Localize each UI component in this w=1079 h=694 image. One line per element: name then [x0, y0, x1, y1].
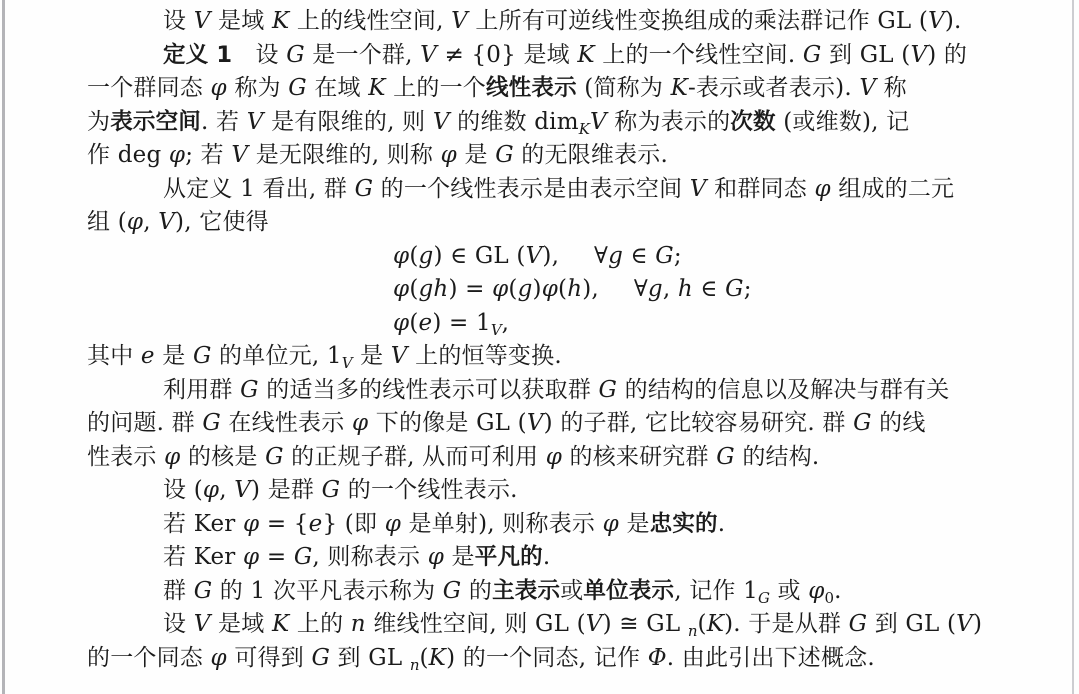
text-run: ) 是群 — [251, 477, 322, 503]
text-run: . 由此引出下述概念. — [667, 645, 875, 671]
text-run: . — [543, 544, 551, 570]
math-var: V — [420, 42, 437, 68]
math-var: φ — [814, 176, 830, 202]
text-run: 是域 — [211, 611, 272, 637]
math-var: V — [690, 176, 707, 202]
math-var: V — [234, 477, 251, 503]
text-run: 设 — [232, 42, 286, 68]
math-subscript: K — [579, 120, 590, 138]
text-run: 是一个群, — [305, 42, 420, 68]
text-run: ( — [508, 276, 517, 302]
equation-line: φ(g) ∈ GL (V), ∀g ∈ G; — [87, 240, 1027, 274]
math-var: V — [433, 109, 450, 135]
math-var: φ — [211, 75, 227, 101]
math-var: φ — [127, 209, 143, 235]
math-subscript: 0 — [825, 589, 835, 607]
math-var: G — [322, 477, 341, 503]
bold-term: 单位表示 — [583, 578, 674, 604]
text-run: 上的恒等变换. — [408, 343, 562, 369]
text-run: 的 — [461, 578, 492, 604]
text-run: 的维数 dim — [450, 109, 579, 135]
math-var: φ — [243, 544, 259, 570]
text-run: 的一个线性表示是由表示空间 — [373, 176, 690, 202]
text-run: ( — [409, 243, 418, 269]
math-var: G — [194, 578, 213, 604]
math-var: V — [526, 243, 543, 269]
math-var: e — [419, 310, 433, 336]
math-var: φ — [352, 410, 368, 436]
text-line: 群 G 的 1 次平凡表示称为 G 的主表示或单位表示, 记作 1G 或 φ0. — [87, 575, 1027, 609]
math-var: φ — [211, 645, 227, 671]
text-run: 是 — [444, 544, 475, 570]
text-run: 的结构的信息以及解决与群有关 — [617, 377, 949, 403]
equation-line: φ(gh) = φ(g)φ(h), ∀g, h ∈ G; — [87, 273, 1027, 307]
math-subscript: V — [342, 354, 353, 372]
math-var: K — [707, 611, 724, 637]
text-run: 可得到 — [227, 645, 312, 671]
text-line: 设 V 是域 K 上的 n 维线性空间, 则 GL (V) ≅ GL n(K).… — [87, 608, 1027, 642]
text-run: 到 GL ( — [821, 42, 910, 68]
text-run: 是域 — [211, 8, 272, 34]
text-run: ) 的一个同态, 记作 — [446, 645, 648, 671]
text-run: 是 — [353, 343, 391, 369]
text-run: 到 GL — [330, 645, 410, 671]
text-run: ( — [409, 276, 418, 302]
math-var: φ — [542, 276, 558, 302]
bold-term: 表示空间 — [110, 109, 201, 135]
text-run: 设 — [163, 611, 194, 637]
text-line: 若 Ker φ = G, 则称表示 φ 是平凡的. — [87, 541, 1027, 575]
math-var: K — [671, 75, 688, 101]
math-var: K — [577, 42, 594, 68]
text-line: 性表示 φ 的核是 G 的正规子群, 从而可利用 φ 的核来研究群 G 的结构. — [87, 441, 1027, 475]
text-run: ≠ {0} 是域 — [437, 42, 577, 68]
text-run: ( — [558, 276, 567, 302]
math-var: G — [655, 243, 674, 269]
math-var: h — [678, 276, 693, 302]
math-var: φ — [164, 444, 180, 470]
math-var: h — [567, 276, 582, 302]
text-run: ( — [698, 611, 707, 637]
math-var: G — [716, 444, 735, 470]
text-run: ∈ — [623, 243, 655, 269]
text-run: ) = — [448, 276, 492, 302]
math-var: g — [419, 243, 434, 269]
math-var: G — [725, 276, 744, 302]
math-var: V — [231, 142, 248, 168]
text-run: 的 1 次平凡表示称为 — [212, 578, 442, 604]
math-var: G — [193, 343, 212, 369]
text-run: , — [663, 276, 678, 302]
text-run: ; — [744, 276, 752, 302]
text-run: , 则称表示 — [312, 544, 427, 570]
math-var: G — [849, 611, 868, 637]
text-run: 若 Ker — [163, 511, 243, 537]
text-run: 组成的二元 — [831, 176, 955, 202]
text-run: 一个群同态 — [87, 75, 211, 101]
text-run: 为 — [87, 109, 110, 135]
text-run: 的线 — [872, 410, 926, 436]
math-var: G — [202, 410, 221, 436]
math-var: V — [956, 611, 973, 637]
math-var: e — [141, 343, 155, 369]
math-var: K — [272, 8, 289, 34]
math-var: G — [495, 142, 514, 168]
text-run: 的核是 — [180, 444, 265, 470]
math-var: φ — [169, 142, 185, 168]
text-line: 的一个同态 φ 可得到 G 到 GL n(K) 的一个同态, 记作 Φ. 由此引… — [87, 642, 1027, 676]
text-line: 作 deg φ; 若 V 是无限维的, 则称 φ 是 G 的无限维表示. — [87, 139, 1027, 173]
bold-term: 定义 1 — [163, 42, 232, 68]
text-run: , — [143, 209, 158, 235]
text-column: 设 V 是域 K 上的线性空间, V 上所有可逆线性变换组成的乘法群记作 GL … — [87, 5, 1027, 675]
text-run: 的问题. 群 — [87, 410, 202, 436]
text-run: 的适当多的线性表示可以获取群 — [259, 377, 599, 403]
text-run: . — [834, 578, 842, 604]
text-run: 维线性空间, 则 GL ( — [366, 611, 586, 637]
text-run: 上的一个 — [386, 75, 486, 101]
text-run: ) 的 — [927, 42, 967, 68]
text-run: 的正规子群, 从而可利用 — [284, 444, 546, 470]
text-run: 是 — [619, 511, 650, 537]
math-var: e — [309, 511, 323, 537]
text-run: 或 — [770, 578, 808, 604]
text-run: -表示或者表示). — [688, 75, 859, 101]
math-var: φ — [393, 310, 409, 336]
book-page: 设 V 是域 K 上的线性空间, V 上所有可逆线性变换组成的乘法群记作 GL … — [0, 0, 1079, 694]
math-subscript: V — [491, 321, 502, 339]
text-run: 到 GL ( — [867, 611, 956, 637]
math-var: K — [429, 645, 446, 671]
math-var: g — [648, 276, 663, 302]
text-run: 其中 — [87, 343, 141, 369]
text-run: ) ∈ GL ( — [433, 243, 525, 269]
text-line: 从定义 1 看出, 群 G 的一个线性表示是由表示空间 V 和群同态 φ 组成的… — [87, 173, 1027, 207]
text-run: 和群同态 — [707, 176, 815, 202]
math-var: G — [294, 544, 313, 570]
text-run: 称 — [876, 75, 907, 101]
page-edge-left-line — [2, 0, 5, 694]
math-var: G — [265, 444, 284, 470]
text-run: 从定义 1 看出, 群 — [163, 176, 355, 202]
math-var: V — [247, 109, 264, 135]
text-run: 是有限维的, 则 — [264, 109, 433, 135]
bold-term: 忠实的 — [650, 511, 718, 537]
text-line: 一个群同态 φ 称为 G 在域 K 上的一个线性表示 (简称为 K-表示或者表示… — [87, 72, 1027, 106]
math-var: g — [608, 243, 623, 269]
math-var: G — [443, 578, 462, 604]
text-run: (或维数), 记 — [776, 109, 910, 135]
text-run: (简称为 — [577, 75, 671, 101]
text-run: 称为 — [227, 75, 288, 101]
math-var: V — [590, 109, 607, 135]
text-run: 作 deg — [87, 142, 169, 168]
text-run: 是无限维的, 则称 — [248, 142, 440, 168]
text-run: 称为表示的 — [607, 109, 731, 135]
math-var: φ — [603, 511, 619, 537]
math-var: K — [272, 611, 289, 637]
math-var: φ — [441, 142, 457, 168]
text-run: 的无限维表示. — [514, 142, 668, 168]
text-run: 下的像是 GL ( — [368, 410, 527, 436]
text-run: ) — [973, 611, 982, 637]
text-run: ) — [533, 276, 542, 302]
text-run: . 若 — [201, 109, 247, 135]
text-run: 的结构. — [735, 444, 820, 470]
text-line: 若 Ker φ = {e} (即 φ 是单射), 则称表示 φ 是忠实的. — [87, 508, 1027, 542]
math-var: φ — [808, 578, 824, 604]
math-var: G — [803, 42, 822, 68]
equation-line: φ(e) = 1V, — [87, 307, 1027, 341]
text-run: ), 它使得 — [175, 209, 269, 235]
text-run: ), ∀ — [582, 276, 648, 302]
math-var: V — [158, 209, 175, 235]
text-run: 的核来研究群 — [562, 444, 716, 470]
text-run: ( — [419, 645, 428, 671]
math-var: φ — [393, 243, 409, 269]
text-run: 上所有可逆线性变换组成的乘法群记作 GL ( — [468, 8, 928, 34]
bold-term: 主表示 — [492, 578, 560, 604]
text-run: 利用群 — [163, 377, 240, 403]
text-run: 上的线性空间, — [289, 8, 451, 34]
text-run: 在线性表示 — [221, 410, 352, 436]
math-var: V — [194, 611, 211, 637]
math-var: G — [240, 377, 259, 403]
text-run: 设 ( — [163, 477, 203, 503]
text-run: } (即 — [322, 511, 384, 537]
text-line: 定义 1 设 G 是一个群, V ≠ {0} 是域 K 上的一个线性空间. G … — [87, 39, 1027, 73]
text-run: 上的 — [289, 611, 350, 637]
text-run: ) ≅ GL — [603, 611, 688, 637]
math-var: V — [859, 75, 876, 101]
math-var: φ — [203, 477, 219, 503]
math-var: n — [351, 611, 366, 637]
text-run: = — [259, 544, 294, 570]
math-var: G — [355, 176, 374, 202]
math-var: φ — [428, 544, 444, 570]
text-line: 为表示空间. 若 V 是有限维的, 则 V 的维数 dimKV 称为表示的次数 … — [87, 106, 1027, 140]
text-run: 的一个同态 — [87, 645, 211, 671]
text-run: 是 — [155, 343, 193, 369]
bold-term: 次数 — [730, 109, 775, 135]
text-run: ), ∀ — [542, 243, 608, 269]
text-run: ). — [945, 8, 962, 34]
math-var: V — [194, 8, 211, 34]
text-run: , 记作 1 — [674, 578, 758, 604]
math-var: V — [586, 611, 603, 637]
math-var: φ — [393, 276, 409, 302]
text-run: 性表示 — [87, 444, 164, 470]
text-run: 或 — [560, 578, 583, 604]
text-run: 的一个线性表示. — [340, 477, 517, 503]
bold-term: 线性表示 — [486, 75, 577, 101]
text-run: 设 — [163, 8, 194, 34]
math-var: g — [518, 276, 533, 302]
math-subscript: G — [758, 589, 770, 607]
text-run: 是 — [457, 142, 495, 168]
text-run: 若 Ker — [163, 544, 243, 570]
text-run: 的单位元, 1 — [212, 343, 342, 369]
text-run: = { — [259, 511, 308, 537]
text-run: ( — [409, 310, 418, 336]
math-var: G — [599, 377, 618, 403]
math-var: φ — [243, 511, 259, 537]
math-var: G — [853, 410, 872, 436]
text-run: . — [718, 511, 726, 537]
text-line: 设 V 是域 K 上的线性空间, V 上所有可逆线性变换组成的乘法群记作 GL … — [87, 5, 1027, 39]
text-run: , — [219, 477, 234, 503]
text-run: ) 的子群, 它比较容易研究. 群 — [544, 410, 853, 436]
text-run: 上的一个线性空间. — [595, 42, 803, 68]
text-line: 设 (φ, V) 是群 G 的一个线性表示. — [87, 474, 1027, 508]
page-edge-right-line — [1072, 0, 1074, 694]
math-var: V — [928, 8, 945, 34]
math-var: K — [368, 75, 385, 101]
text-run: ; — [674, 243, 682, 269]
math-var: V — [910, 42, 927, 68]
math-var: V — [391, 343, 408, 369]
math-var: G — [311, 645, 330, 671]
text-run: ∈ — [693, 276, 725, 302]
math-subscript: n — [688, 622, 698, 640]
math-var: gh — [419, 276, 449, 302]
text-run: 是单射), 则称表示 — [401, 511, 603, 537]
math-var: φ — [546, 444, 562, 470]
text-line: 其中 e 是 G 的单位元, 1V 是 V 上的恒等变换. — [87, 340, 1027, 374]
text-run: , — [502, 310, 510, 336]
text-run: 群 — [163, 578, 194, 604]
text-run: 组 ( — [87, 209, 127, 235]
bold-term: 平凡的 — [475, 544, 543, 570]
math-var: G — [286, 42, 305, 68]
text-line: 的问题. 群 G 在线性表示 φ 下的像是 GL (V) 的子群, 它比较容易研… — [87, 407, 1027, 441]
math-var: V — [451, 8, 468, 34]
text-run: 在域 — [307, 75, 368, 101]
math-var: Φ — [648, 645, 667, 671]
text-run: ) = 1 — [432, 310, 491, 336]
math-var: G — [288, 75, 307, 101]
math-var: φ — [385, 511, 401, 537]
text-line: 利用群 G 的适当多的线性表示可以获取群 G 的结构的信息以及解决与群有关 — [87, 374, 1027, 408]
text-line: 组 (φ, V), 它使得 — [87, 206, 1027, 240]
text-run: ; 若 — [185, 142, 231, 168]
math-var: V — [527, 410, 544, 436]
text-run: ). 于是从群 — [724, 611, 849, 637]
math-var: φ — [492, 276, 508, 302]
